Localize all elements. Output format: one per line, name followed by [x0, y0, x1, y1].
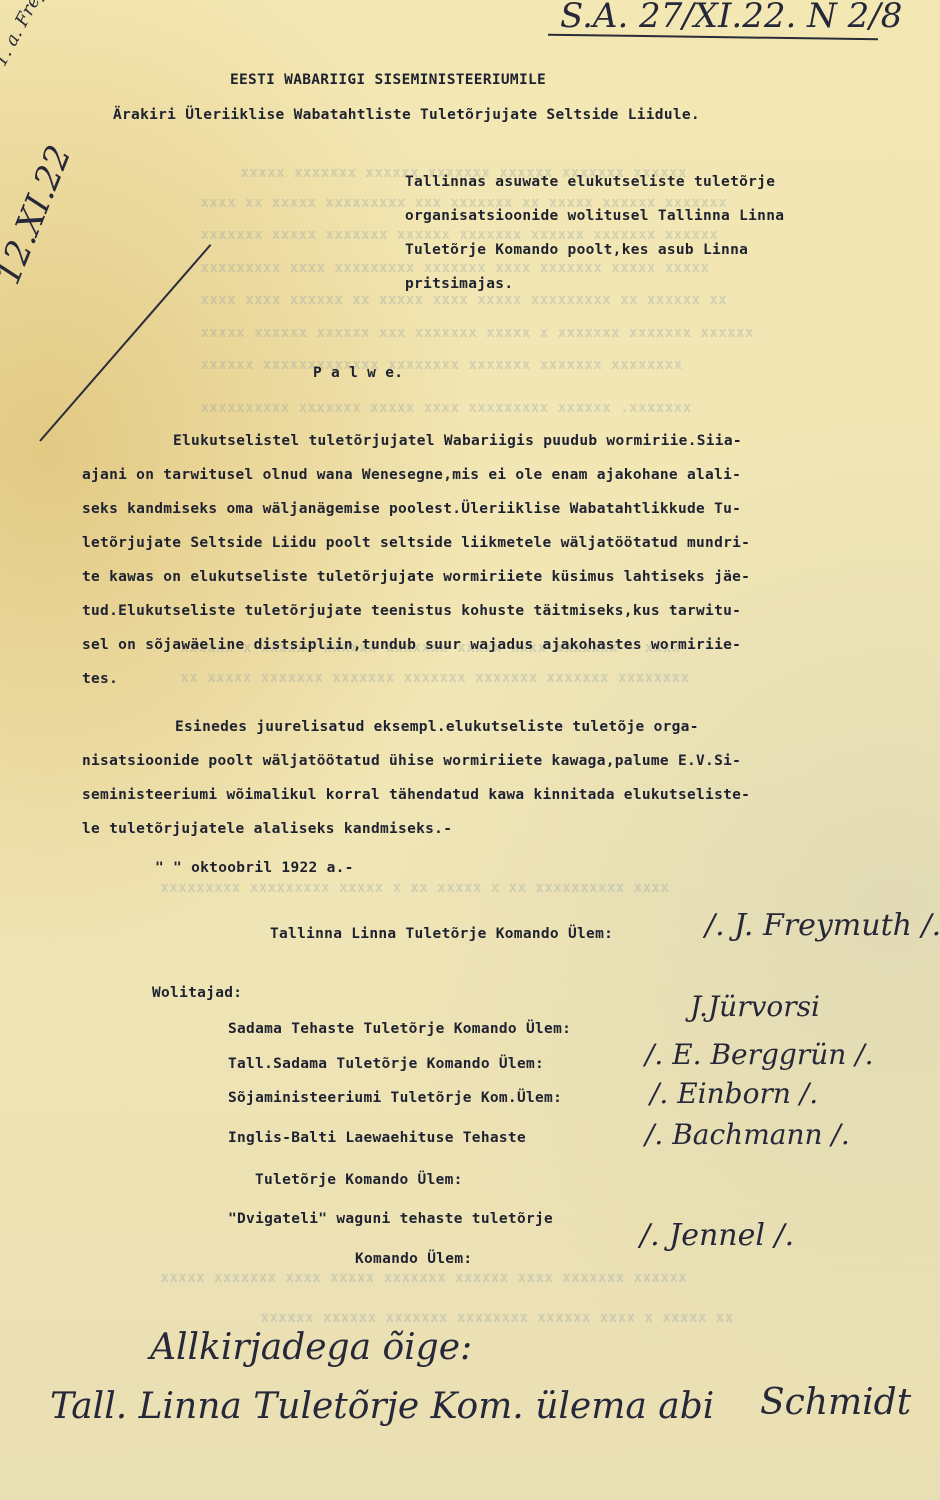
- margin-diagonal-line: [39, 244, 211, 442]
- delegate-title: Tall.Sadama Tuletõrje Komando Ülem:: [228, 1056, 544, 1072]
- delegate-title: "Dvigateli" waguni tehaste tuletõrje: [228, 1211, 553, 1227]
- main-signature: /. J. Freymuth /.: [705, 908, 940, 943]
- delegate-title: Komando Ülem:: [355, 1251, 472, 1267]
- sender-line: Tuletõrje Komando poolt,kes asub Linna: [405, 242, 748, 258]
- show-through-text: xxxxxxx. xxxxxx xxxxxxxxx xxxx xxxxx xxx…: [200, 400, 691, 416]
- delegate-signature: /. Einborn /.: [650, 1077, 818, 1110]
- document-title: P a l w e.: [313, 365, 403, 381]
- delegate-title: Tuletõrje Komando Ülem:: [255, 1172, 463, 1188]
- margin-date: 12.XI.22: [0, 140, 80, 290]
- show-through-text: xxxxx xxxxx xxxxxxx xxxx xxxxxxx xxxxxxx…: [200, 260, 709, 276]
- main-signatory-title: Tallinna Linna Tuletõrje Komando Ülem:: [270, 926, 613, 942]
- delegate-signature: J.Jürvorsi: [690, 990, 820, 1023]
- paragraph-line: ajani on tarwitusel olnud wana Wenesegne…: [82, 467, 741, 483]
- copy-line: Ärakiri Üleriiklise Wabatahtliste Tuletõ…: [113, 107, 700, 123]
- delegate-signature: /. E. Berggrün /.: [645, 1038, 874, 1071]
- date-line: " " oktoobril 1922 a.-: [155, 860, 354, 876]
- show-through-text: xxxxxx xxxxxxx xxxxxxx x xxxxx xxxxxxx x…: [200, 325, 754, 341]
- show-through-text: xxxxxxxx xxxxxxx xxxxxxx xxxxxxx xxxxxxx…: [180, 670, 689, 686]
- delegate-title: Sadama Tehaste Tuletõrje Komando Ülem:: [228, 1021, 571, 1037]
- certification-line: Allkirjadega õige:: [150, 1327, 472, 1368]
- reference-stamp: S.A. 27/XI.22. N 2/8: [560, 0, 902, 36]
- sender-line: Tallinnas asuwate elukutseliste tuletõrj…: [405, 174, 775, 190]
- show-through-text: xx xxxxx x xxxx xxxxxx xxxxxxxx xxxxxxx …: [260, 1310, 733, 1326]
- paragraph-line: tud.Elukutseliste tuletõrjujate teenistu…: [82, 603, 741, 619]
- paragraph-line: nisatsioonide poolt wäljatöötatud ühise …: [82, 753, 741, 769]
- show-through-text: xxxxxx xxxxxxx xxxxxx xxxxxxx xxxxxx xxx…: [200, 227, 718, 243]
- certification-line: Tall. Linna Tuletõrje Kom. ülema abi: [50, 1386, 714, 1427]
- delegate-signature: /. Bachmann /.: [645, 1118, 850, 1151]
- paragraph-line: Elukutselistel tuletõrjujatel Wabariigis…: [173, 433, 742, 449]
- show-through-text: xxxxxxxx xxxxxxx xxxxxxx xxxxxxxx xxxxxx…: [200, 357, 682, 373]
- paragraph-line: tes.: [82, 671, 118, 687]
- delegates-label: Wolitajad:: [152, 985, 242, 1001]
- delegate-title: Inglis-Balti Laewaehituse Tehaste: [228, 1130, 526, 1146]
- sender-line: pritsimajas.: [405, 276, 513, 292]
- paragraph-line: seministeeriumi wõimalikul korral tähend…: [82, 787, 750, 803]
- show-through-text: xxxx xxxxxxxxxx xx x xxxxx xx x xxxxx xx…: [160, 880, 669, 896]
- paragraph-line: le tuletõrjujatele alaliseks kandmiseks.…: [82, 821, 452, 837]
- certification-signature: Schmidt: [760, 1382, 911, 1423]
- paragraph-line: letõrjujate Seltside Liidu poolt seltsid…: [82, 535, 750, 551]
- show-through-text: xxxxxx xxxxxxx xxxx xxxxxx xxxxxxx xxxxx…: [160, 1270, 687, 1286]
- paragraph-line: sel on sõjawäeline distsipliin,tundub su…: [82, 637, 741, 653]
- paragraph-line: Esinedes juurelisatud eksempl.elukutseli…: [175, 719, 699, 735]
- document-page: xxxxxx xxxxxxx xxxxxx xxxxxxx xxxxxx xxx…: [0, 0, 940, 1500]
- delegate-signature: /. Jennel /.: [640, 1218, 794, 1253]
- delegate-title: Sõjaministeeriumi Tuletõrje Kom.Ülem:: [228, 1090, 562, 1106]
- margin-note-top: 1. a. Freymuth tl. 3/XI.1922 J.H.: [0, 0, 146, 70]
- show-through-text: xx xxxxxx xx xxxxxxxxx xxxxx xxxx xxxxx …: [200, 292, 727, 308]
- sender-line: organisatsioonide wolitusel Tallinna Lin…: [405, 208, 784, 224]
- addressee: EESTI WABARIIGI SISEMINISTEERIUMILE: [230, 72, 546, 88]
- paragraph-line: te kawas on elukutseliste tuletõrjujate …: [82, 569, 750, 585]
- paragraph-line: seks kandmiseks oma wäljanägemise pooles…: [82, 501, 741, 517]
